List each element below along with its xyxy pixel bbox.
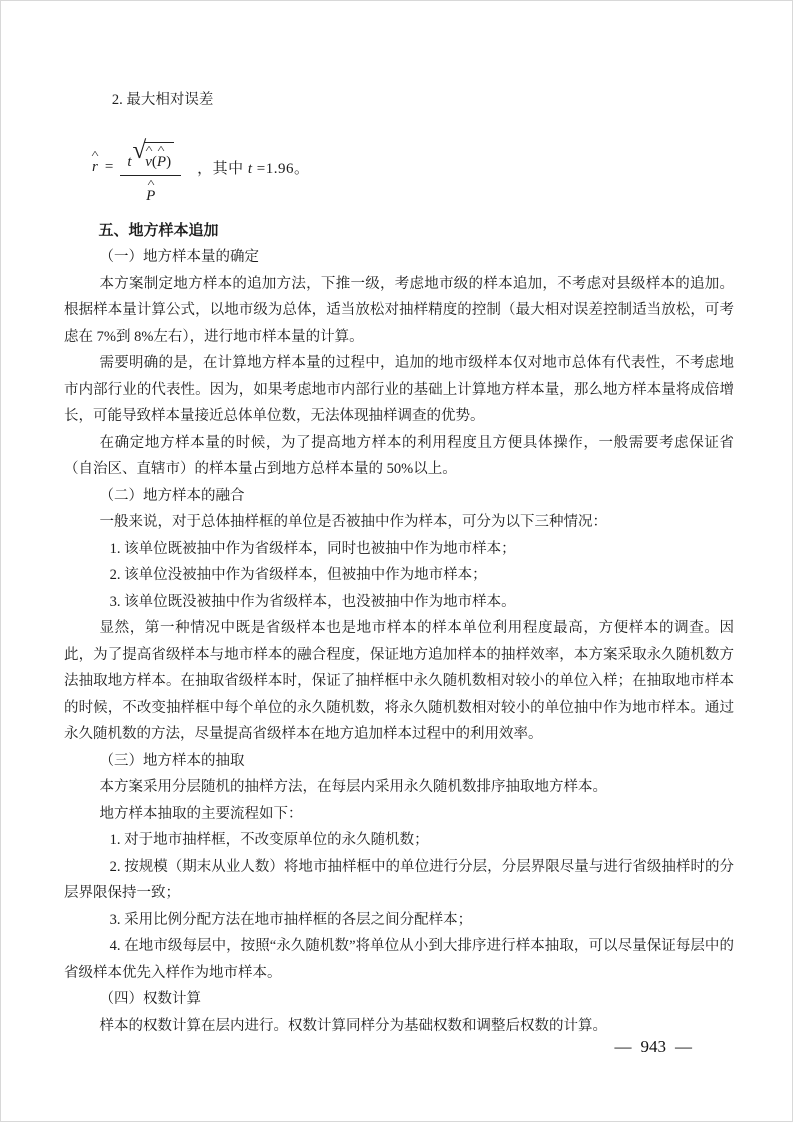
item-heading-max-relative-error: 2. 最大相对误差 (64, 87, 734, 114)
formula-fraction: t√^v(^P) ^P (120, 130, 181, 205)
footer-dash-right: — (666, 1037, 701, 1056)
ordered-list-item: 1. 对于地市抽样框，不改变原单位的永久随机数； (64, 827, 734, 854)
subsection-heading-four: （四）权数计算 (64, 986, 734, 1013)
hat-symbol: ^ (158, 145, 165, 156)
section-heading-five: 五、地方样本追加 (64, 218, 734, 245)
var-r: r (92, 159, 98, 175)
close-paren: ) (166, 154, 171, 170)
radicand: ^v(^P) (144, 142, 174, 171)
formula-max-relative-error: ^r = t√^v(^P) ^P ，其中 t =1.96。 (92, 128, 734, 208)
paragraph: 一般来说，对于总体抽样框的单位是否被抽中作为样本，可分为以下三种情况： (64, 509, 734, 536)
hat-symbol: ^ (147, 179, 154, 190)
ordered-list-item: 1. 该单位既被抽中作为省级样本，同时也被抽中作为地市样本； (64, 536, 734, 563)
note-value: =1.96。 (253, 161, 310, 177)
page-footer: —943— (1, 1037, 701, 1057)
p-hat: ^P (157, 154, 166, 171)
document-page: 2. 最大相对误差 ^r = t√^v(^P) ^P ，其中 t =1.96。 … (0, 0, 793, 1122)
hat-symbol: ^ (91, 150, 98, 161)
paragraph: 在确定地方样本量的时候，为了提高地方样本的利用程度且方便具体操作，一般需要考虑保… (64, 430, 734, 483)
ordered-list-item: 2. 按规模（期末从业人数）将地市抽样框中的单位进行分层，分层界限尽量与进行省级… (64, 854, 734, 907)
page-number: 943 (641, 1037, 667, 1056)
ordered-list-item: 3. 采用比例分配方法在地市抽样框的各层之间分配样本； (64, 907, 734, 934)
ordered-list-item: 4. 在地市级每层中，按照“永久随机数”将单位从小到大排序进行样本抽取，可以尽量… (64, 933, 734, 986)
subsection-heading-three: （三）地方样本的抽取 (64, 748, 734, 775)
paragraph: 本方案采用分层随机的抽样方法，在每层内采用永久随机数排序抽取地方样本。 (64, 774, 734, 801)
paragraph: 样本的权数计算在层内进行。权数计算同样分为基础权数和调整后权数的计算。 (64, 1013, 734, 1040)
var-v: v (145, 154, 152, 170)
hat-symbol: ^ (145, 145, 152, 156)
var-p: P (146, 188, 155, 204)
paragraph: 本方案制定地方样本的追加方法，下推一级，考虑地市级的样本追加，不考虑对县级样本的… (64, 271, 734, 351)
fraction-denominator: ^P (146, 176, 155, 205)
p-hat-denominator: ^P (146, 188, 155, 205)
paragraph: 需要明确的是，在计算地方样本量的过程中，追加的地市级样本仅对地市总体有代表性，不… (64, 350, 734, 430)
ordered-list-item: 2. 该单位没被抽中作为省级样本，但被抽中作为地市样本； (64, 562, 734, 589)
var-p: P (157, 154, 166, 170)
subsection-heading-one: （一）地方样本量的确定 (64, 244, 734, 271)
v-hat: ^v (145, 154, 152, 171)
subsection-heading-two: （二）地方样本的融合 (64, 483, 734, 510)
page-content: 2. 最大相对误差 ^r = t√^v(^P) ^P ，其中 t =1.96。 … (64, 87, 734, 1039)
equals-sign: = (105, 159, 113, 176)
formula-lhs-r-hat: ^r (92, 159, 98, 176)
fraction-numerator: t√^v(^P) (120, 130, 181, 176)
note-prefix: ，其中 (197, 161, 248, 177)
footer-dash-left: — (606, 1037, 641, 1056)
paragraph: 显然，第一种情况中既是省级样本也是地市样本的样本单位利用程度最高，方便样本的调查… (64, 615, 734, 748)
radical-sign: √ (132, 141, 146, 161)
formula-note: ，其中 t =1.96。 (197, 157, 309, 178)
square-root: √^v(^P) (132, 142, 174, 171)
paragraph: 地方样本抽取的主要流程如下： (64, 801, 734, 828)
ordered-list-item: 3. 该单位既没被抽中作为省级样本，也没被抽中作为地市样本。 (64, 589, 734, 616)
var-t: t (127, 154, 131, 171)
